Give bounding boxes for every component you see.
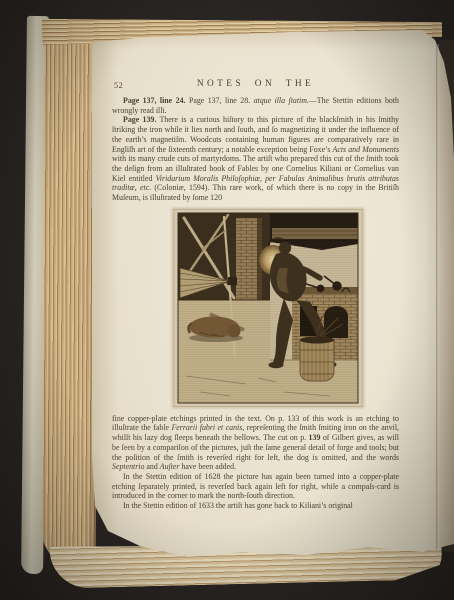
- book-photo: 52 NOTES ON THE Page 137, line 24. Page …: [0, 0, 454, 600]
- page-fold-shading: [439, 40, 454, 552]
- paragraph: Page 137, line 24. Page 137, line 28. at…: [112, 96, 399, 115]
- etching-scene: [178, 213, 358, 403]
- paragraph: In the Stettin edition of 1628 the pictu…: [112, 472, 399, 501]
- page-edges-left: [42, 20, 99, 568]
- blacksmith-etching: [172, 208, 364, 408]
- paragraph: Page 139. There is a curious hiſtory to …: [112, 115, 399, 202]
- paragraph: fine copper-plate etchings printed in th…: [112, 414, 399, 472]
- page-content: 52 NOTES ON THE Page 137, line 24. Page …: [92, 28, 454, 572]
- book-page: 52 NOTES ON THE Page 137, line 24. Page …: [92, 28, 454, 572]
- page-header: 52 NOTES ON THE: [112, 80, 399, 93]
- page-number: 52: [114, 81, 123, 91]
- paragraph: In the Stettin edition of 1633 the artiſ…: [112, 501, 399, 511]
- running-header: NOTES ON THE: [112, 80, 399, 90]
